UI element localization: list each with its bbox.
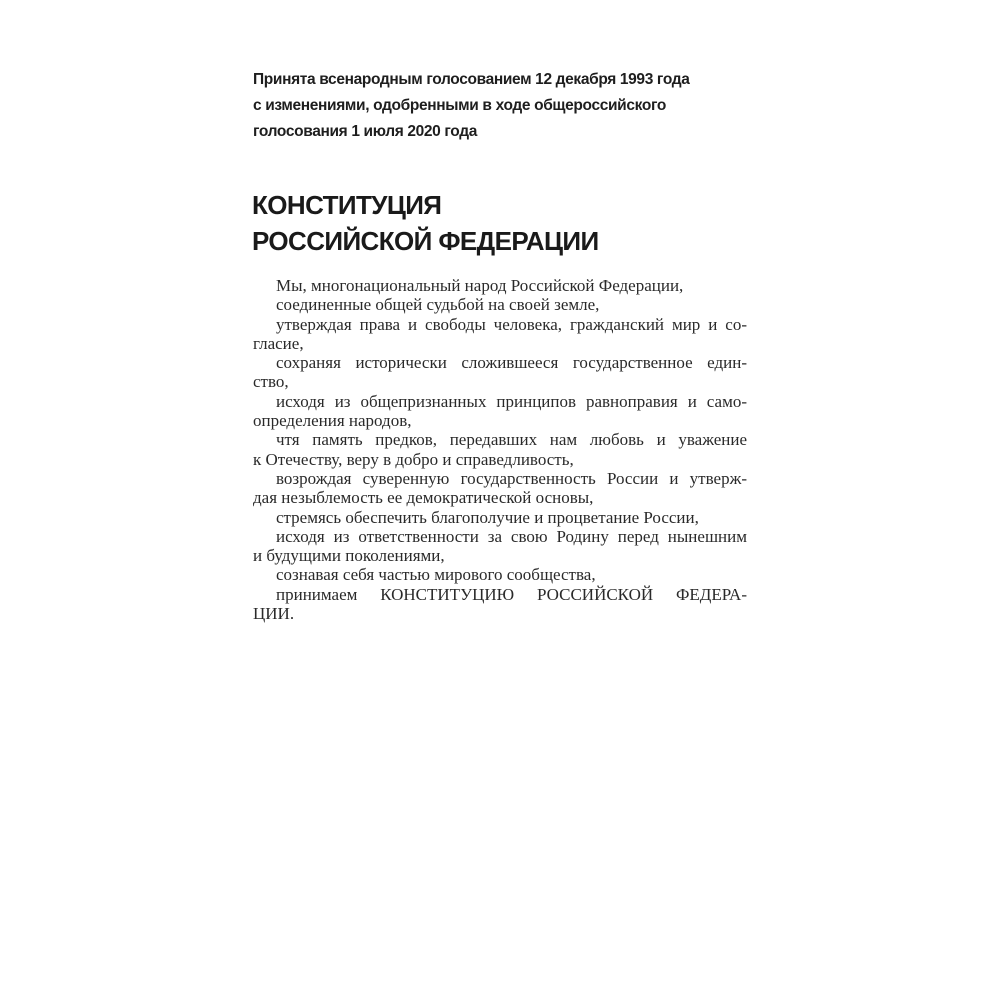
- preamble-line: к Отечеству, веру в добро и справедливос…: [253, 450, 747, 469]
- preamble-line: соединенные общей судьбой на своей земле…: [253, 295, 747, 314]
- adoption-note-line: голосования 1 июля 2020 года: [253, 119, 723, 145]
- preamble-line: стремясь обеспечить благополучие и процв…: [253, 508, 747, 527]
- preamble: Мы, многонациональный народ Российской Ф…: [253, 276, 747, 623]
- adoption-note-line: с изменениями, одобренными в ходе общеро…: [253, 93, 723, 119]
- document-title-line: КОНСТИТУЦИЯ: [252, 187, 732, 223]
- preamble-line: гласие,: [253, 334, 747, 353]
- preamble-line: сознавая себя частью мирового сообщества…: [253, 565, 747, 584]
- preamble-line: возрождая суверенную государственность Р…: [253, 469, 747, 488]
- preamble-line: и будущими поколениями,: [253, 546, 747, 565]
- preamble-line: ство,: [253, 372, 747, 391]
- preamble-line: принимаем КОНСТИТУЦИЮ РОССИЙСКОЙ ФЕДЕРА-: [253, 585, 747, 604]
- preamble-line: чтя память предков, передавших нам любов…: [253, 430, 747, 449]
- adoption-note: Принята всенародным голосованием 12 дека…: [253, 67, 723, 145]
- adoption-note-line: Принята всенародным голосованием 12 дека…: [253, 67, 723, 93]
- preamble-line: ЦИИ.: [253, 604, 747, 623]
- preamble-line: определения народов,: [253, 411, 747, 430]
- preamble-line: исходя из ответственности за свою Родину…: [253, 527, 747, 546]
- preamble-line: сохраняя исторически сложившееся государ…: [253, 353, 747, 372]
- preamble-line: дая незыблемость ее демократической осно…: [253, 488, 747, 507]
- preamble-line: исходя из общепризнанных принципов равно…: [253, 392, 747, 411]
- document-title: КОНСТИТУЦИЯ РОССИЙСКОЙ ФЕДЕРАЦИИ: [252, 187, 732, 259]
- preamble-line: Мы, многонациональный народ Российской Ф…: [253, 276, 747, 295]
- preamble-line: утверждая права и свободы человека, граж…: [253, 315, 747, 334]
- document-title-line: РОССИЙСКОЙ ФЕДЕРАЦИИ: [252, 223, 732, 259]
- document-page: Принята всенародным голосованием 12 дека…: [0, 0, 1000, 1000]
